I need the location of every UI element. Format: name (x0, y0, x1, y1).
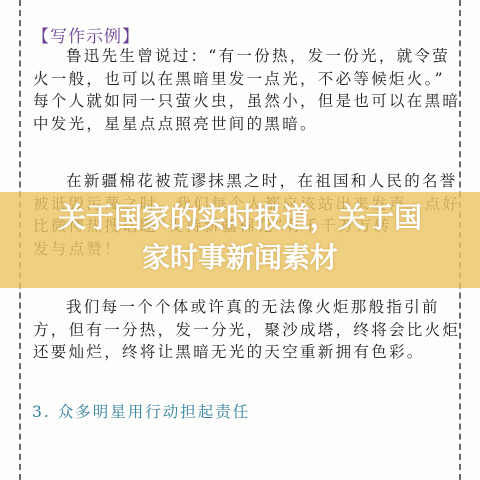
paragraph-line: 每个人就如同一只萤火虫，虽然小，但是也可以在黑暗 (33, 90, 447, 113)
paragraph-line: 鲁迅先生曾说过：“有一份热，发一份光，就令萤 (33, 45, 447, 68)
paragraph-line: 中发光，星星点点照亮世间的黑暗。 (33, 113, 447, 136)
banner-title: 关于国家的实时报道，关于国 家时事新闻素材 (0, 198, 480, 278)
paragraph-1: 鲁迅先生曾说过：“有一份热，发一份光，就令萤 火一般，也可以在黑暗里发一点光，不… (33, 45, 447, 135)
paragraph-3: 我们每一个个体或许真的无法像火炬那般指引前 方，但有一分热，发一分光，聚沙成塔，… (33, 296, 447, 364)
document-page: 【写作示例】 鲁迅先生曾说过：“有一份热，发一份光，就令萤 火一般，也可以在黑暗… (0, 0, 480, 480)
paragraph-line: 我们每一个个体或许真的无法像火炬那般指引前 (33, 296, 447, 319)
section-label: 【写作示例】 (32, 22, 140, 47)
paragraph-line: 火一般，也可以在黑暗里发一点光，不必等候炬火。” (33, 68, 447, 91)
paragraph-line: 在新疆棉花被荒谬抹黑之时，在祖国和人民的名誉 (33, 170, 447, 193)
paragraph-line: 方，但有一分热，发一分光，聚沙成塔，终将会比火炬 (33, 319, 447, 342)
banner-title-line-2: 家时事新闻素材 (0, 238, 480, 278)
banner-title-line-1: 关于国家的实时报道，关于国 (0, 198, 480, 238)
paragraph-line: 还要灿烂，终将让黑暗无光的天空重新拥有色彩。 (33, 341, 447, 364)
section-heading: 3. 众多明星用行动担起责任 (32, 400, 250, 422)
